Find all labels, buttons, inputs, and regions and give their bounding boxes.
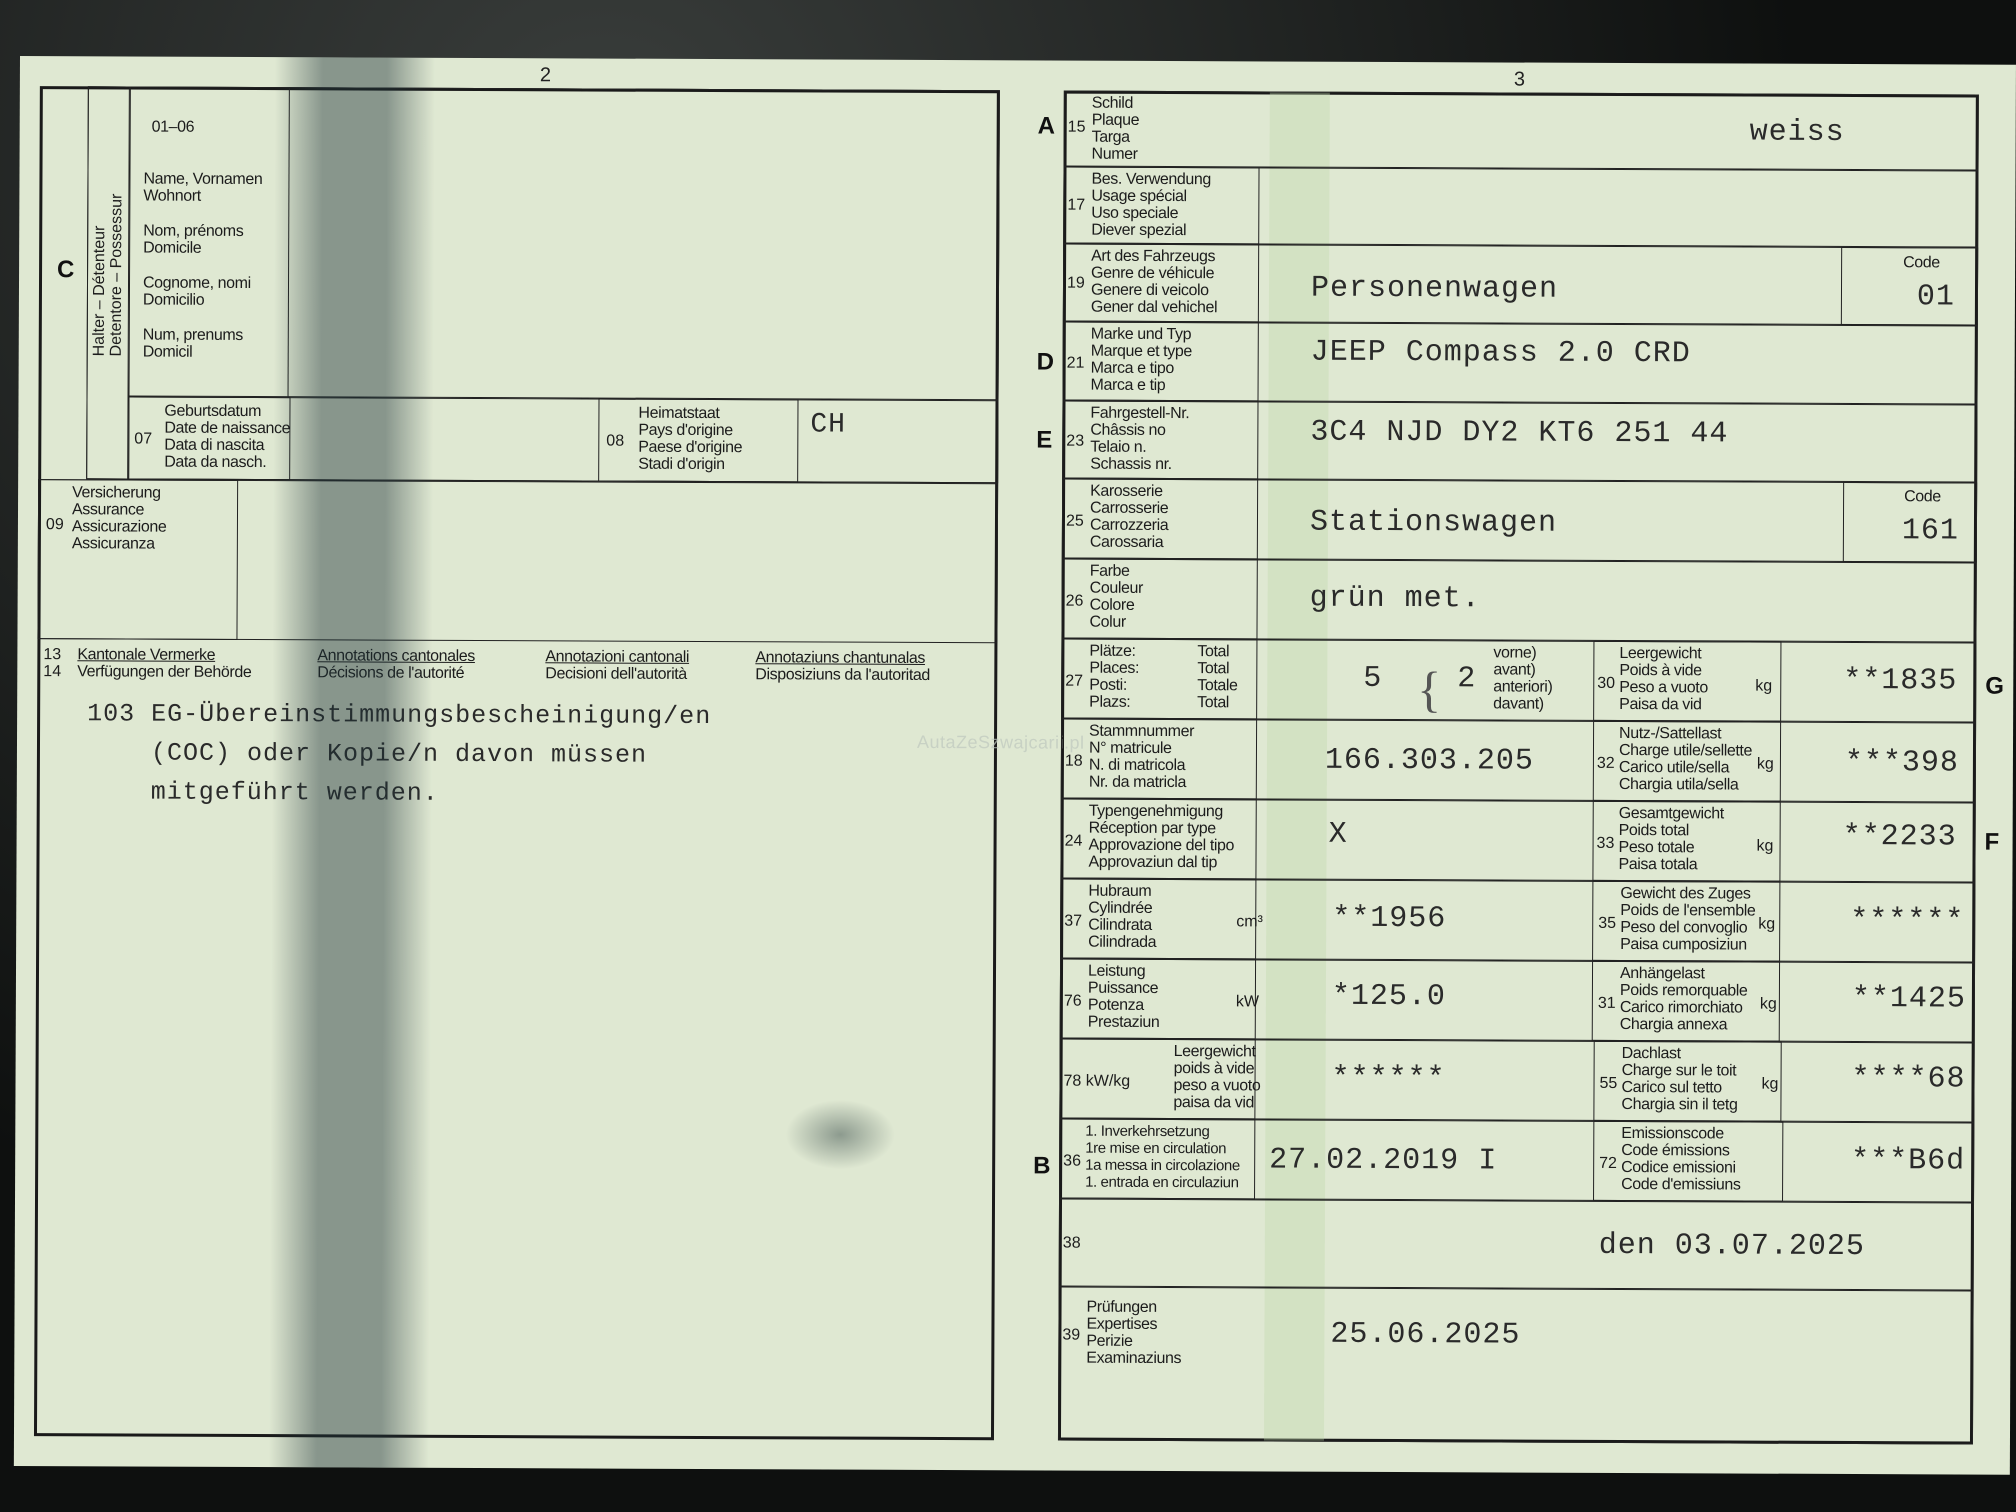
field-13-header-fr: Annotations cantonales: [317, 647, 475, 665]
watermark: AutaZeSzwajcarii.pl: [917, 732, 1085, 754]
section-letter-c: C: [57, 256, 74, 284]
field-19-code: 01: [1917, 280, 1955, 314]
field-27-brace-icon: {: [1417, 660, 1442, 718]
field-25-number: 25: [1066, 513, 1084, 531]
field-33-unit: kg: [1757, 838, 1774, 856]
field-31-label: Anhängelast Poids remorquable Carico rim…: [1620, 965, 1748, 1034]
field-13-number: 13: [43, 646, 61, 664]
field-39-number: 39: [1062, 1327, 1080, 1345]
field-14-header-fr: Décisions de l'autorité: [317, 664, 464, 682]
field-13-header-it: Annotazioni cantonali: [545, 648, 689, 666]
field-25-label: Karosserie Carrosserie Carrozzeria Caros…: [1090, 483, 1169, 551]
field-25-code: 161: [1902, 514, 1959, 548]
field-32-number: 32: [1597, 755, 1615, 773]
field-19-label: Art des Fahrzeugs Genre de véhicule Gene…: [1091, 248, 1218, 317]
field-37-unit: cm³: [1236, 913, 1263, 931]
field-72-value: ***B6d: [1851, 1144, 1965, 1178]
field-38-number: 38: [1063, 1235, 1081, 1253]
field-15-value: weiss: [1750, 116, 1845, 150]
field-36-number: 36: [1063, 1153, 1081, 1171]
field-09-number: 09: [46, 516, 64, 534]
field-01-06-code: 01–06: [152, 119, 195, 136]
field-72-label: Emissionscode Code émissions Codice emis…: [1621, 1125, 1741, 1194]
field-27-front: 2: [1457, 662, 1476, 696]
field-32-label: Nutz-/Sattellast Charge utile/sellette C…: [1619, 725, 1752, 794]
field-30-unit: kg: [1755, 678, 1772, 696]
field-18-value: 166.303.205: [1325, 744, 1534, 779]
field-23-value: 3C4 NJD DY2 KT6 251 44: [1310, 416, 1728, 452]
field-15-label: Schild Plaque Targa Numer: [1092, 95, 1140, 163]
field-76-label: Leistung Puissance Potenza Prestaziun: [1088, 963, 1160, 1031]
field-27-label-left: Plätze: Places: Posti: Plazs:: [1089, 643, 1139, 711]
field-76-unit: kW: [1236, 993, 1259, 1011]
field-55-value: ****68: [1851, 1062, 1965, 1096]
field-32-value: ***398: [1845, 746, 1959, 780]
field-39: [1058, 1287, 1974, 1445]
field-15-number: 15: [1068, 119, 1086, 137]
page-number-left: 2: [540, 64, 551, 87]
field-35-value: ******: [1850, 904, 1964, 938]
field-21-number: 21: [1067, 355, 1085, 373]
field-01-06-label-de: Name, Vornamen Wohnort: [143, 171, 262, 206]
side-letter-f: F: [1985, 829, 2000, 857]
field-24-label: Typengenehmigung Réception par type Appr…: [1088, 803, 1234, 872]
side-letter-d: D: [1037, 348, 1054, 376]
field-27-label-right: Total Total Totale Total: [1197, 643, 1238, 711]
field-14-header-rm: Disposiziuns da l'autoritad: [755, 666, 930, 684]
field-26-label: Farbe Couleur Colore Colur: [1090, 563, 1144, 631]
field-78-number: 78 kW/kg: [1063, 1073, 1130, 1091]
field-33-label: Gesamtgewicht Poids total Peso totale Pa…: [1618, 805, 1723, 873]
field-30-value: **1835: [1843, 664, 1957, 698]
field-24-number: 24: [1065, 833, 1083, 851]
field-33-value: **2233: [1843, 820, 1957, 854]
field-55-unit: kg: [1761, 1076, 1778, 1094]
field-01-06-label-fr: Nom, prénoms Domicile: [143, 223, 243, 257]
field-39-value: 25.06.2025: [1330, 1318, 1520, 1353]
field-39-label: Prüfungen Expertises Perizie Examinaziun…: [1086, 1299, 1181, 1367]
field-78-label: Leergewicht poids à vide peso a vuoto pa…: [1173, 1043, 1260, 1111]
field-19-value: Personenwagen: [1311, 272, 1558, 307]
remark-line-1: 103 EG-Übereinstimmungsbescheinigung/en: [87, 694, 711, 736]
field-26-value: grün met.: [1310, 582, 1481, 617]
field-35-label: Gewicht des Zuges Poids de l'ensemble Pe…: [1620, 885, 1755, 954]
field-37-number: 37: [1064, 913, 1082, 931]
field-01-06-label-rm: Num, prenums Domicil: [143, 327, 243, 361]
field-30-label: Leergewicht Poids à vide Peso a vuoto Pa…: [1619, 645, 1708, 713]
field-31-number: 31: [1598, 995, 1616, 1013]
side-letter-e: E: [1036, 426, 1052, 454]
field-07-number: 07: [134, 431, 152, 449]
field-36-label: 1. Inverkehrsetzung 1re mise en circulat…: [1085, 1123, 1240, 1192]
field-72-number: 72: [1599, 1155, 1617, 1173]
field-25-code-label: Code: [1904, 488, 1941, 505]
field-24-value: X: [1329, 818, 1348, 852]
field-19-code-label: Code: [1903, 254, 1940, 271]
field-27-total: 5: [1363, 662, 1382, 696]
field-18-label: Stammnummer N° matricule N. di matricola…: [1089, 723, 1194, 791]
field-37-value: **1956: [1332, 902, 1446, 936]
vehicle-registration-document: 2 C Halter – Détenteur Detentore – Posse…: [14, 56, 2016, 1475]
field-31-value: **1425: [1852, 982, 1966, 1016]
field-76-value: *125.0: [1332, 980, 1446, 1014]
side-letter-b: B: [1033, 1152, 1050, 1180]
field-32-unit: kg: [1757, 756, 1774, 774]
field-27-front-label: vorne) avant) anteriori) davant): [1493, 644, 1552, 712]
field-25-value: Stationswagen: [1310, 506, 1557, 541]
field-55-number: 55: [1599, 1075, 1617, 1093]
field-09-label: Versicherung Assurance Assicurazione Ass…: [72, 484, 167, 552]
field-26-number: 26: [1066, 593, 1084, 611]
side-letter-g: G: [1985, 673, 2004, 701]
field-21-value: JEEP Compass 2.0 CRD: [1311, 336, 1691, 372]
field-17-label: Bes. Verwendung Usage spécial Uso specia…: [1091, 171, 1211, 240]
field-08-number: 08: [606, 433, 624, 451]
page-number-right: 3: [1514, 69, 1525, 92]
field-23-label: Fahrgestell-Nr. Châssis no Telaio n. Sch…: [1090, 405, 1189, 473]
field-36-value: 27.02.2019 I: [1269, 1143, 1497, 1178]
field-19-number: 19: [1067, 275, 1085, 293]
field-35-number: 35: [1598, 915, 1616, 933]
holder-vertical-label-1: Halter – Détenteur: [91, 226, 109, 357]
field-78-value: ******: [1331, 1062, 1445, 1096]
field-08-label: Heimatstaat Pays d'origine Paese d'origi…: [638, 405, 742, 473]
field-01-06-label-it: Cognome, nomi Domicilio: [143, 275, 251, 309]
field-08-value: CH: [810, 409, 846, 440]
field-07-label: Geburtsdatum Date de naissance Data di n…: [164, 403, 290, 472]
remark-line-2: (COC) oder Kopie/n davon müssen: [87, 733, 647, 774]
field-17-number: 17: [1067, 197, 1085, 215]
field-33-number: 33: [1597, 835, 1615, 853]
field-31-unit: kg: [1760, 996, 1777, 1014]
holder-vertical-label-2: Detentore – Possessur: [108, 194, 126, 357]
field-13-header-rm: Annotaziuns chantunalas: [755, 649, 925, 667]
field-55-label: Dachlast Charge sur le toit Carico sul t…: [1621, 1045, 1737, 1114]
field-30-number: 30: [1597, 675, 1615, 693]
field-27-number: 27: [1065, 673, 1083, 691]
field-14-header-it: Decisioni dell'autorità: [545, 665, 687, 683]
field-38-value: den 03.07.2025: [1599, 1229, 1865, 1264]
field-76-number: 76: [1064, 993, 1082, 1011]
field-14-number: 14: [43, 663, 61, 681]
field-23-number: 23: [1066, 433, 1084, 451]
side-letter-a: A: [1038, 112, 1055, 140]
field-37-label: Hubraum Cylindrée Cilindrata Cilindrada: [1088, 883, 1156, 951]
field-35-unit: kg: [1758, 916, 1775, 934]
field-21-label: Marke und Typ Marque et type Marca e tip…: [1091, 326, 1192, 394]
field-14-header-de: Verfügungen der Behörde: [77, 663, 251, 681]
field-13-header-de: Kantonale Vermerke: [77, 646, 215, 664]
field-18-number: 18: [1065, 753, 1083, 771]
remark-line-3: mitgeführt werden.: [87, 772, 439, 813]
